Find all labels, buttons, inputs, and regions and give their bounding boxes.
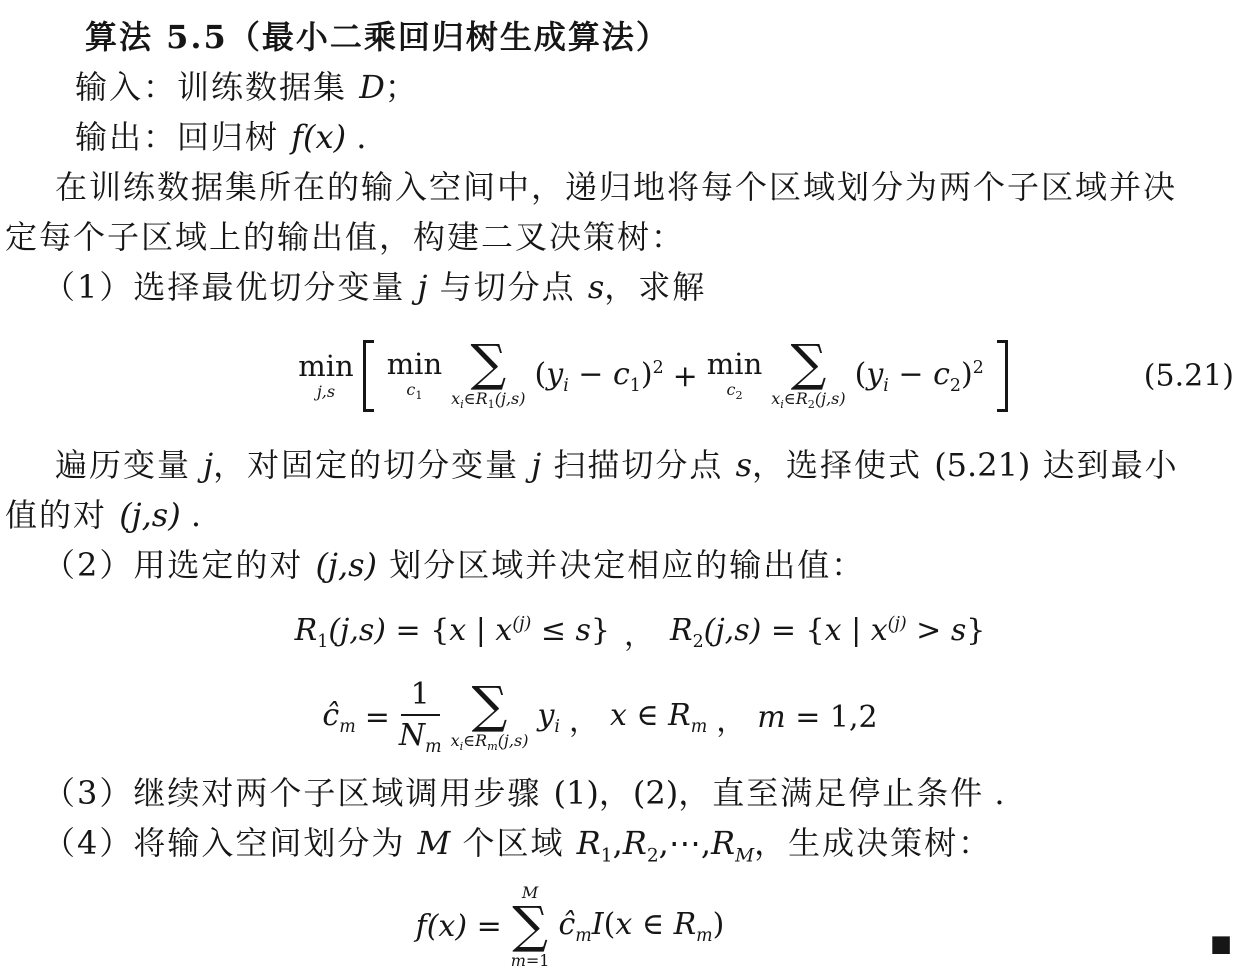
sum-m-operator: M ∑ m=1: [511, 882, 550, 970]
min-js-operator: min j,s: [298, 351, 353, 402]
output-line: 输出：回归树 f(x) .: [0, 112, 1250, 162]
end-of-algorithm-square: ■: [1210, 933, 1232, 956]
scanned-book-page: 算法 5.5（最小二乘回归树生成算法） 输入：训练数据集 D； 输出：回归树 f…: [0, 0, 1250, 978]
min-c1-operator: min c1: [387, 349, 442, 404]
c-hat-equation-body: ĉm = 1 Nm ∑ xi∈Rm(j,s) yi ， x ∈ Rm ， m =…: [322, 678, 877, 757]
sum-r1-operator: ∑ xi∈R1(j,s): [451, 340, 525, 412]
squared-error-term-2: (yi − c2)2: [855, 357, 984, 396]
c-hat-equation: ĉm = 1 Nm ∑ xi∈Rm(j,s) yi ， x ∈ Rm ， m =…: [0, 668, 1250, 768]
m-equals-1-2-condition: m = 1,2: [757, 700, 877, 735]
sum-r2-operator: ∑ xi∈R2(j,s): [771, 340, 845, 412]
one-over-Nm-fraction: 1 Nm: [399, 678, 442, 757]
algorithm-title: 算法 5.5（最小二乘回归树生成算法）: [0, 12, 1250, 62]
intro-paragraph-line-1: 在训练数据集所在的输入空间中，递归地将每个区域划分为两个子区域并决: [0, 162, 1250, 212]
indicator-term: ĉmI(x ∈ Rm): [558, 907, 724, 946]
step-3-line: （3）继续对两个子区域调用步骤 (1)，(2)，直至满足停止条件 .: [0, 768, 1250, 818]
region-definition-equation: R1(j,s) = {x | x(j) ≤ s} ， R2(j,s) = {x …: [0, 606, 1250, 658]
plus-sign: +: [673, 359, 698, 394]
fullwidth-comma: ，: [624, 610, 656, 654]
equation-number-5-21: (5.21): [1144, 359, 1234, 394]
region-1-definition: R1(j,s) = {x | x(j) ≤ s}: [295, 613, 610, 652]
left-bracket: [363, 340, 374, 412]
sum-rm-operator: ∑ xi∈Rm(j,s): [451, 682, 529, 754]
squared-error-term-1: (yi − c1)2: [535, 357, 664, 396]
intro-paragraph-line-2: 定每个子区域上的输出值，构建二叉决策树：: [0, 212, 1250, 262]
decision-tree-equation: f(x) = M ∑ m=1 ĉmI(x ∈ Rm) ■: [0, 874, 1250, 978]
input-line: 输入：训练数据集 D；: [0, 62, 1250, 112]
traverse-paragraph-line-1: 遍历变量 j，对固定的切分变量 j 扫描切分点 s，选择使式 (5.21) 达到…: [0, 440, 1250, 490]
decision-tree-equation-body: f(x) = M ∑ m=1 ĉmI(x ∈ Rm): [416, 882, 725, 970]
fullwidth-comma: ，: [569, 696, 601, 740]
equals-sign: =: [365, 700, 390, 735]
region-2-definition: R2(j,s) = {x | x(j) > s}: [670, 613, 985, 652]
step-1-line: （1）选择最优切分变量 j 与切分点 s，求解: [0, 262, 1250, 312]
traverse-paragraph-line-2: 值的对 (j,s) .: [0, 490, 1250, 540]
step-2-line: （2）用选定的对 (j,s) 划分区域并决定相应的输出值：: [0, 540, 1250, 590]
region-definition-body: R1(j,s) = {x | x(j) ≤ s} ， R2(j,s) = {x …: [295, 610, 986, 654]
min-c2-operator: min c2: [707, 349, 762, 404]
equation-5-21: min j,s min c1 ∑ xi∈R1(j,s) (yi − c1)2 +…: [0, 324, 1250, 428]
c-hat-lhs: ĉm: [322, 698, 355, 737]
right-bracket: [997, 340, 1008, 412]
x-in-Rm-condition: x ∈ Rm: [610, 698, 707, 737]
fx-lhs: f(x) =: [416, 909, 502, 944]
step-4-line: （4）将输入空间划分为 M 个区域 R1,R2,⋯,RM，生成决策树：: [0, 818, 1250, 868]
yi-term: yi: [537, 698, 560, 737]
fullwidth-comma: ，: [716, 696, 748, 740]
equation-5-21-body: min j,s min c1 ∑ xi∈R1(j,s) (yi − c1)2 +…: [298, 340, 1008, 412]
